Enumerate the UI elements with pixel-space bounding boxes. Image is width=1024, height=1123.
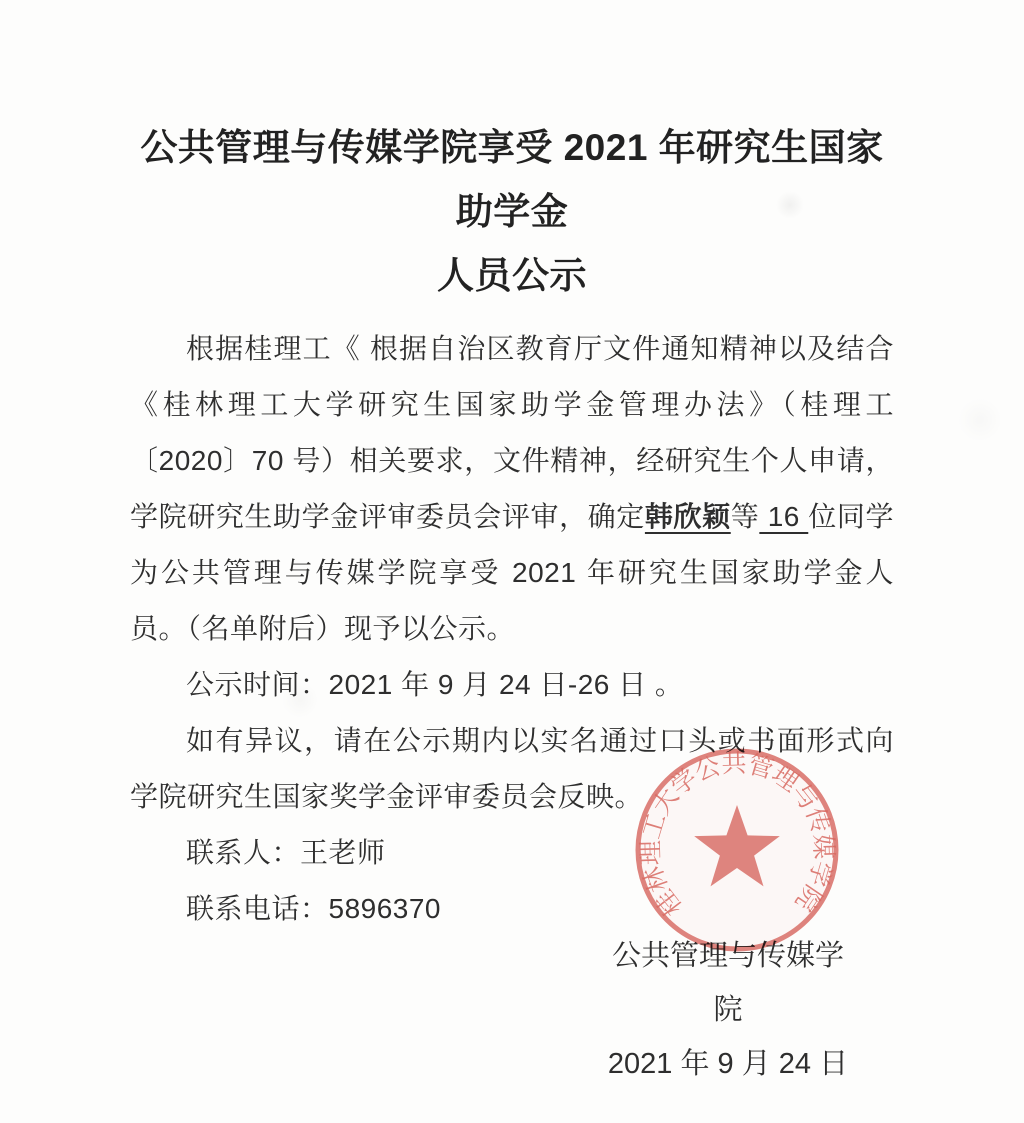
document-title-line1: 公共管理与传媒学院享受 2021 年研究生国家助学金 <box>140 127 883 232</box>
signature-date: 2021 年 9 月 24 日 <box>598 1037 858 1091</box>
contact-person: 联系人：王老师 <box>130 825 894 881</box>
document-title: 公共管理与传媒学院享受 2021 年研究生国家助学金 人员公示 <box>130 116 894 308</box>
awardee-count: 16 <box>759 501 808 532</box>
objection-notice: 如有异议，请在公示期内以实名通过口头或书面形式向学院研究生国家奖学金评审委员会反… <box>130 713 894 825</box>
paragraph-basis: 根据桂理工《 根据自治区教育厅文件通知精神以及结合《桂林理工大学研究生国家助学金… <box>130 321 894 657</box>
document-title-line2: 人员公示 <box>437 255 587 296</box>
signature-org: 公共管理与传媒学院 <box>598 929 858 1037</box>
awardee-name: 韩欣颖 <box>645 501 731 532</box>
publicity-period: 公示时间：2021 年 9 月 24 日-26 日 。 <box>130 657 894 713</box>
signature-block: 公共管理与传媒学院 2021 年 9 月 24 日 <box>598 929 858 1091</box>
scanned-document-page: 公共管理与传媒学院享受 2021 年研究生国家助学金 人员公示 根据桂理工《 根… <box>0 0 1024 1123</box>
document-content: 公共管理与传媒学院享受 2021 年研究生国家助学金 人员公示 根据桂理工《 根… <box>0 116 1024 1091</box>
paragraph-basis-connector: 等 <box>731 501 760 532</box>
